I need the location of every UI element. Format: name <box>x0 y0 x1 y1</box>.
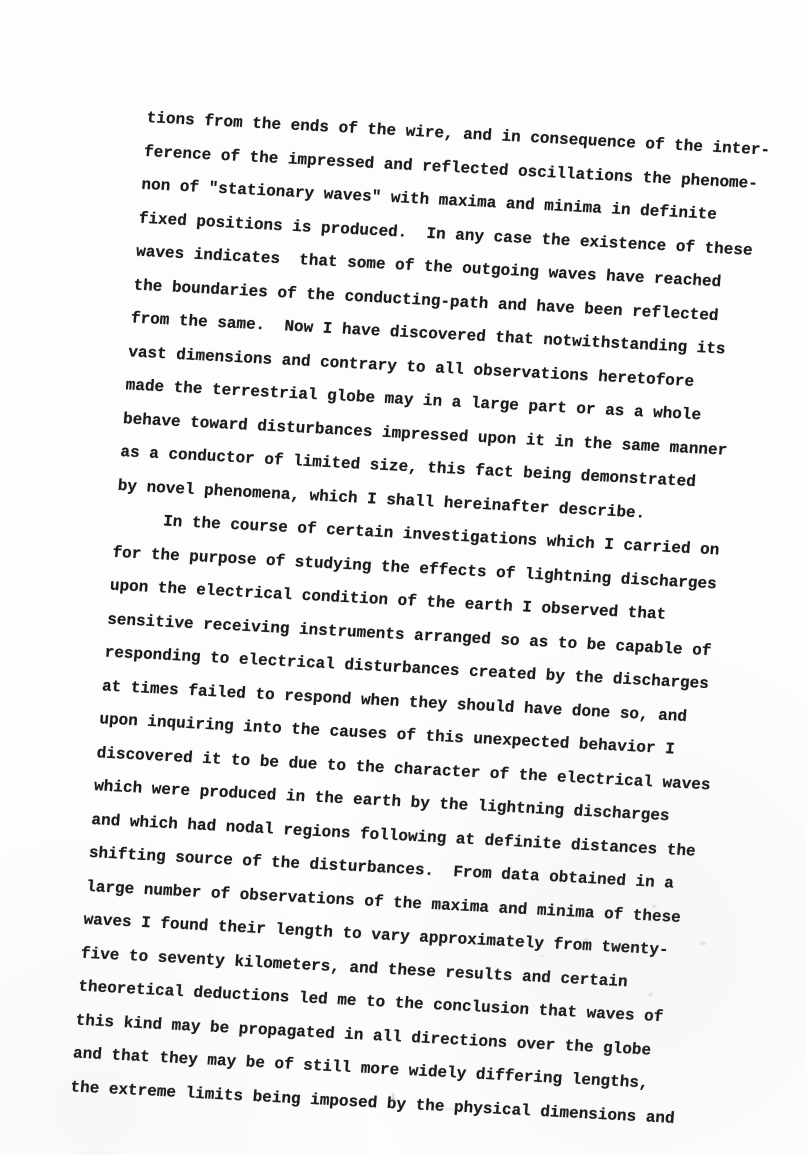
text-block: tions from the ends of the wire, and in … <box>69 102 807 1140</box>
manuscript-page: tions from the ends of the wire, and in … <box>0 0 807 1155</box>
